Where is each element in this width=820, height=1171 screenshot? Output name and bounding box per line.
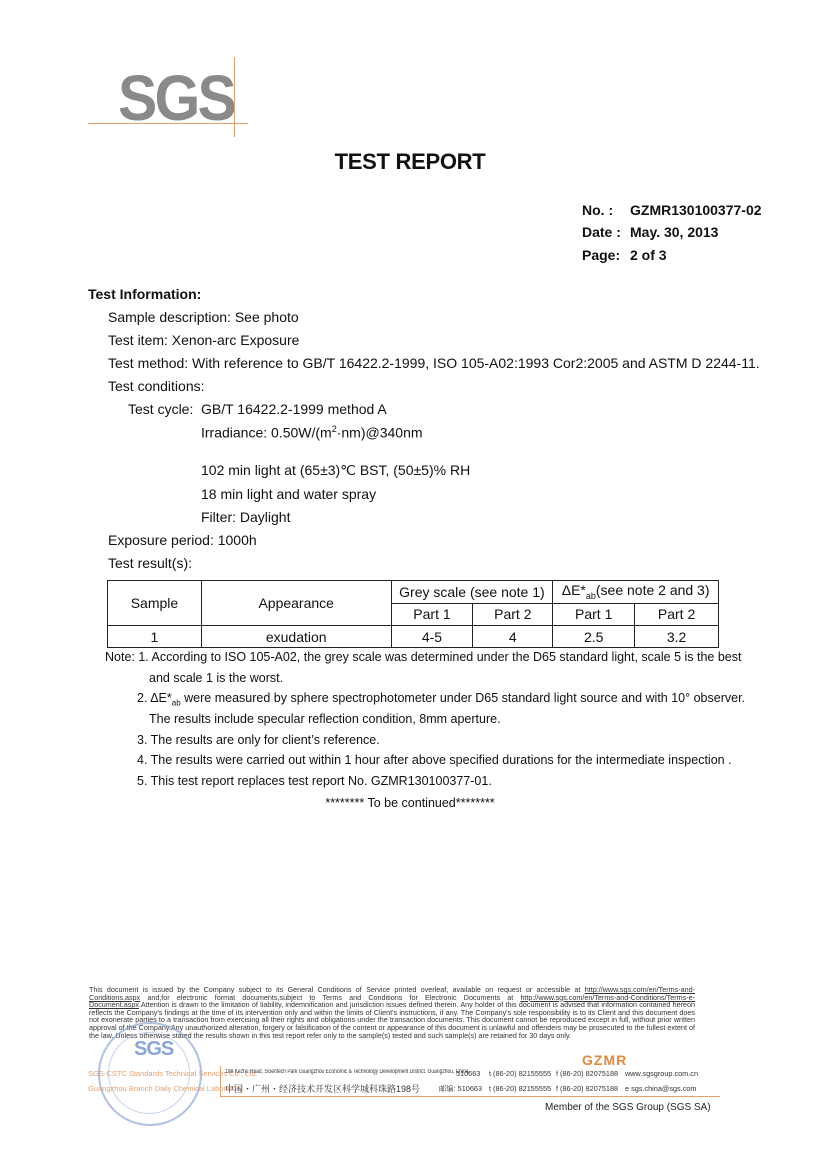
logo-vertical-rule	[234, 57, 235, 137]
test-cycle-value: GB/T 16422.2-1999 method A	[201, 401, 387, 417]
cycle-spray-condition: 18 min light and water spray	[201, 486, 376, 502]
cell-de-part1: 2.5	[553, 626, 635, 648]
note-3: 3. The results are only for client’s ref…	[137, 733, 380, 747]
note-4: 4. The results were carried out within 1…	[137, 753, 732, 767]
note-1-cont: and scale 1 is the worst.	[149, 671, 283, 685]
page-label: Page:	[582, 247, 620, 263]
page-number: 2 of 3	[630, 247, 667, 263]
note-2-cont: The results include specular reflection …	[149, 712, 501, 726]
fax: f (86-20) 82075188	[556, 1069, 618, 1078]
report-date: May. 30, 2013	[630, 224, 718, 240]
sample-description: Sample description: See photo	[108, 309, 299, 325]
header-sample: Sample	[108, 581, 202, 626]
test-info-heading: Test Information:	[88, 286, 201, 302]
irradiance: Irradiance: 0.50W/(m2·nm)@340nm	[201, 424, 423, 441]
header-de-part1: Part 1	[553, 603, 635, 626]
email[interactable]: e sgs.china@sgs.com	[625, 1084, 697, 1093]
telephone-2: t (86-20) 82155555	[489, 1084, 551, 1093]
note-1: Note: 1. According to ISO 105-A02, the g…	[105, 650, 741, 664]
postcode-chinese: 邮编: 510663	[439, 1084, 482, 1094]
footer-horizontal-rule	[220, 1096, 720, 1097]
results-table: Sample Appearance Grey scale (see note 1…	[107, 580, 719, 648]
address-english: 198 Kezhu Road, Scientech Park Guangzhou…	[225, 1069, 469, 1075]
cell-sample: 1	[108, 626, 202, 648]
header-de-part2: Part 2	[635, 603, 719, 626]
test-cycle-label: Test cycle:	[128, 401, 193, 417]
header-grey-part1: Part 1	[391, 603, 473, 626]
exposure-period: Exposure period: 1000h	[108, 532, 257, 548]
cycle-light-condition: 102 min light at (65±3)℃ BST, (50±5)% RH	[201, 462, 470, 479]
note-5: 5. This test report replaces test report…	[137, 774, 492, 788]
date-label: Date :	[582, 224, 621, 240]
header-grey-part2: Part 2	[473, 603, 553, 626]
cell-appearance: exudation	[201, 626, 391, 648]
report-number: GZMR130100377-02	[630, 202, 762, 218]
test-item: Test item: Xenon-arc Exposure	[108, 332, 299, 348]
cell-grey-part1: 4-5	[391, 626, 473, 648]
test-conditions-label: Test conditions:	[108, 378, 205, 394]
header-appearance: Appearance	[201, 581, 391, 626]
note-2: 2. ΔE*ab were measured by sphere spectro…	[137, 691, 745, 708]
postcode-english: 510663	[456, 1069, 480, 1078]
telephone: t (86-20) 82155555	[489, 1069, 551, 1078]
address-chinese: 中国・广州・经济技术开发区科学城科珠路198号	[225, 1082, 420, 1095]
cell-grey-part2: 4	[473, 626, 553, 648]
test-method: Test method: With reference to GB/T 1642…	[108, 355, 760, 371]
cell-de-part2: 3.2	[635, 626, 719, 648]
header-delta-e: ΔE*ab(see note 2 and 3)	[553, 581, 719, 604]
footer-vertical-rule	[220, 1066, 221, 1096]
report-number-label: No. :	[582, 202, 613, 218]
cycle-filter: Filter: Daylight	[201, 509, 290, 525]
header-grey-scale: Grey scale (see note 1)	[391, 581, 553, 604]
member-statement: Member of the SGS Group (SGS SA)	[545, 1102, 711, 1113]
to-be-continued: ******** To be continued********	[0, 796, 820, 810]
logo-horizontal-rule	[88, 123, 248, 124]
test-results-label: Test result(s):	[108, 555, 192, 571]
office-code: GZMR	[582, 1052, 627, 1068]
table-row: 1 exudation 4-5 4 2.5 3.2	[108, 626, 719, 648]
page-title: TEST REPORT	[0, 149, 820, 175]
sgs-logo: SGS	[118, 66, 234, 130]
fax-2: f (86-20) 82075188	[556, 1084, 618, 1093]
stamp-logo-text: SGS	[134, 1038, 173, 1061]
website[interactable]: www.sgsgroup.com.cn	[625, 1069, 698, 1078]
